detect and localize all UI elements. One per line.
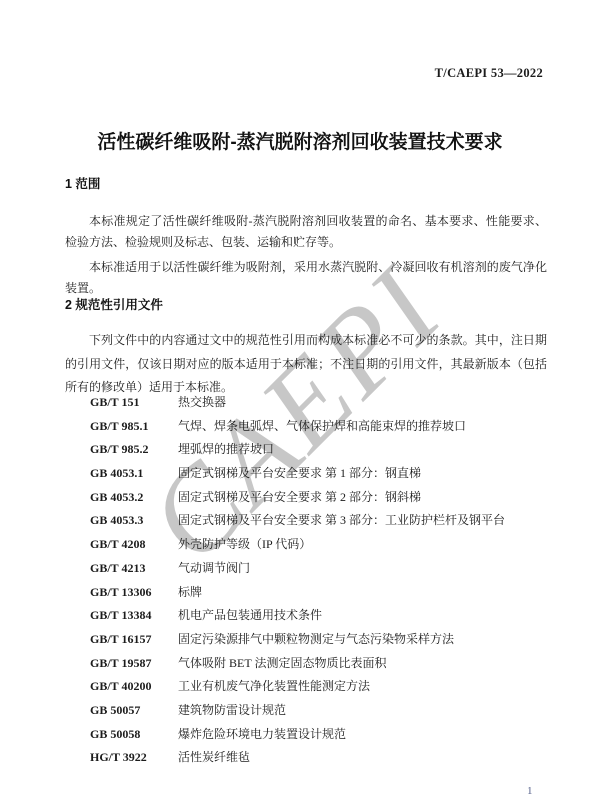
document-page: CAEPI T/CAEPI 53—2022 活性碳纤维吸附-蒸汽脱附溶剂回收装置… xyxy=(0,0,600,808)
reference-row: HG/T 3922 活性炭纤维毡 xyxy=(90,748,547,772)
reference-row: GB 4053.1 固定式钢梯及平台安全要求 第 1 部分：钢直梯 xyxy=(90,464,547,488)
reference-code: GB/T 4208 xyxy=(90,537,178,552)
page-number: 1 xyxy=(527,785,533,797)
reference-title: 埋弧焊的推荐坡口 xyxy=(178,440,547,457)
reference-code: GB 50057 xyxy=(90,703,178,718)
reference-row: GB/T 13384 机电产品包装通用技术条件 xyxy=(90,606,547,630)
section-2-heading: 2 规范性引用文件 xyxy=(65,295,163,313)
reference-code: GB/T 151 xyxy=(90,395,178,410)
reference-row: GB/T 151 热交换器 xyxy=(90,393,547,417)
reference-title: 固定污染源排气中颗粒物测定与气态污染物采样方法 xyxy=(178,630,547,647)
reference-code: GB/T 985.2 xyxy=(90,442,178,457)
reference-row: GB/T 40200 工业有机废气净化装置性能测定方法 xyxy=(90,677,547,701)
reference-code: GB/T 13384 xyxy=(90,608,178,623)
reference-title: 爆炸危险环境电力装置设计规范 xyxy=(178,725,547,742)
reference-row: GB/T 19587 气体吸附 BET 法测定固态物质比表面积 xyxy=(90,654,547,678)
standard-number: T/CAEPI 53—2022 xyxy=(0,66,543,81)
reference-row: GB/T 16157 固定污染源排气中颗粒物测定与气态污染物采样方法 xyxy=(90,630,547,654)
reference-row: GB 50057 建筑物防雷设计规范 xyxy=(90,701,547,725)
reference-row: GB/T 985.2 埋弧焊的推荐坡口 xyxy=(90,440,547,464)
reference-row: GB 4053.2 固定式钢梯及平台安全要求 第 2 部分：钢斜梯 xyxy=(90,488,547,512)
reference-title: 气焊、焊条电弧焊、气体保护焊和高能束焊的推荐坡口 xyxy=(178,417,547,434)
reference-title: 气动调节阀门 xyxy=(178,559,547,576)
reference-title: 固定式钢梯及平台安全要求 第 2 部分：钢斜梯 xyxy=(178,488,547,505)
reference-row: GB 4053.3 固定式钢梯及平台安全要求 第 3 部分：工业防护栏杆及钢平台 xyxy=(90,511,547,535)
document-title: 活性碳纤维吸附-蒸汽脱附溶剂回收装置技术要求 xyxy=(0,127,600,154)
reference-title: 固定式钢梯及平台安全要求 第 1 部分：钢直梯 xyxy=(178,464,547,481)
reference-title: 热交换器 xyxy=(178,393,547,410)
content-layer: T/CAEPI 53—2022 活性碳纤维吸附-蒸汽脱附溶剂回收装置技术要求 1… xyxy=(0,0,600,808)
reference-code: HG/T 3922 xyxy=(90,750,178,765)
reference-code: GB 4053.3 xyxy=(90,513,178,528)
section-1-paragraph-2: 本标准适用于以活性碳纤维为吸附剂，采用水蒸汽脱附、冷凝回收有机溶剂的废气净化装置… xyxy=(65,257,547,299)
reference-title: 气体吸附 BET 法测定固态物质比表面积 xyxy=(178,654,547,671)
section-2-paragraph-1: 下列文件中的内容通过文中的规范性引用而构成本标准必不可少的条款。其中，注日期的引… xyxy=(65,329,547,400)
reference-code: GB/T 19587 xyxy=(90,656,178,671)
reference-row: GB/T 13306 标牌 xyxy=(90,583,547,607)
reference-title: 外壳防护等级（IP 代码） xyxy=(178,535,547,552)
reference-code: GB 50058 xyxy=(90,727,178,742)
reference-code: GB/T 985.1 xyxy=(90,419,178,434)
reference-code: GB/T 40200 xyxy=(90,679,178,694)
section-1-paragraph-1: 本标准规定了活性碳纤维吸附-蒸汽脱附溶剂回收装置的命名、基本要求、性能要求、检验… xyxy=(65,211,547,253)
reference-title: 工业有机废气净化装置性能测定方法 xyxy=(178,677,547,694)
references-list: GB/T 151 热交换器 GB/T 985.1 气焊、焊条电弧焊、气体保护焊和… xyxy=(90,393,547,772)
reference-code: GB/T 16157 xyxy=(90,632,178,647)
reference-title: 机电产品包装通用技术条件 xyxy=(178,606,547,623)
section-1-heading: 1 范围 xyxy=(65,174,100,192)
reference-title: 固定式钢梯及平台安全要求 第 3 部分：工业防护栏杆及钢平台 xyxy=(178,511,547,528)
reference-row: GB/T 985.1 气焊、焊条电弧焊、气体保护焊和高能束焊的推荐坡口 xyxy=(90,417,547,441)
reference-row: GB/T 4208 外壳防护等级（IP 代码） xyxy=(90,535,547,559)
reference-row: GB/T 4213 气动调节阀门 xyxy=(90,559,547,583)
reference-code: GB/T 13306 xyxy=(90,585,178,600)
reference-code: GB 4053.1 xyxy=(90,466,178,481)
reference-row: GB 50058 爆炸危险环境电力装置设计规范 xyxy=(90,725,547,749)
reference-title: 标牌 xyxy=(178,583,547,600)
reference-code: GB/T 4213 xyxy=(90,561,178,576)
reference-code: GB 4053.2 xyxy=(90,490,178,505)
reference-title: 建筑物防雷设计规范 xyxy=(178,701,547,718)
reference-title: 活性炭纤维毡 xyxy=(178,748,547,765)
